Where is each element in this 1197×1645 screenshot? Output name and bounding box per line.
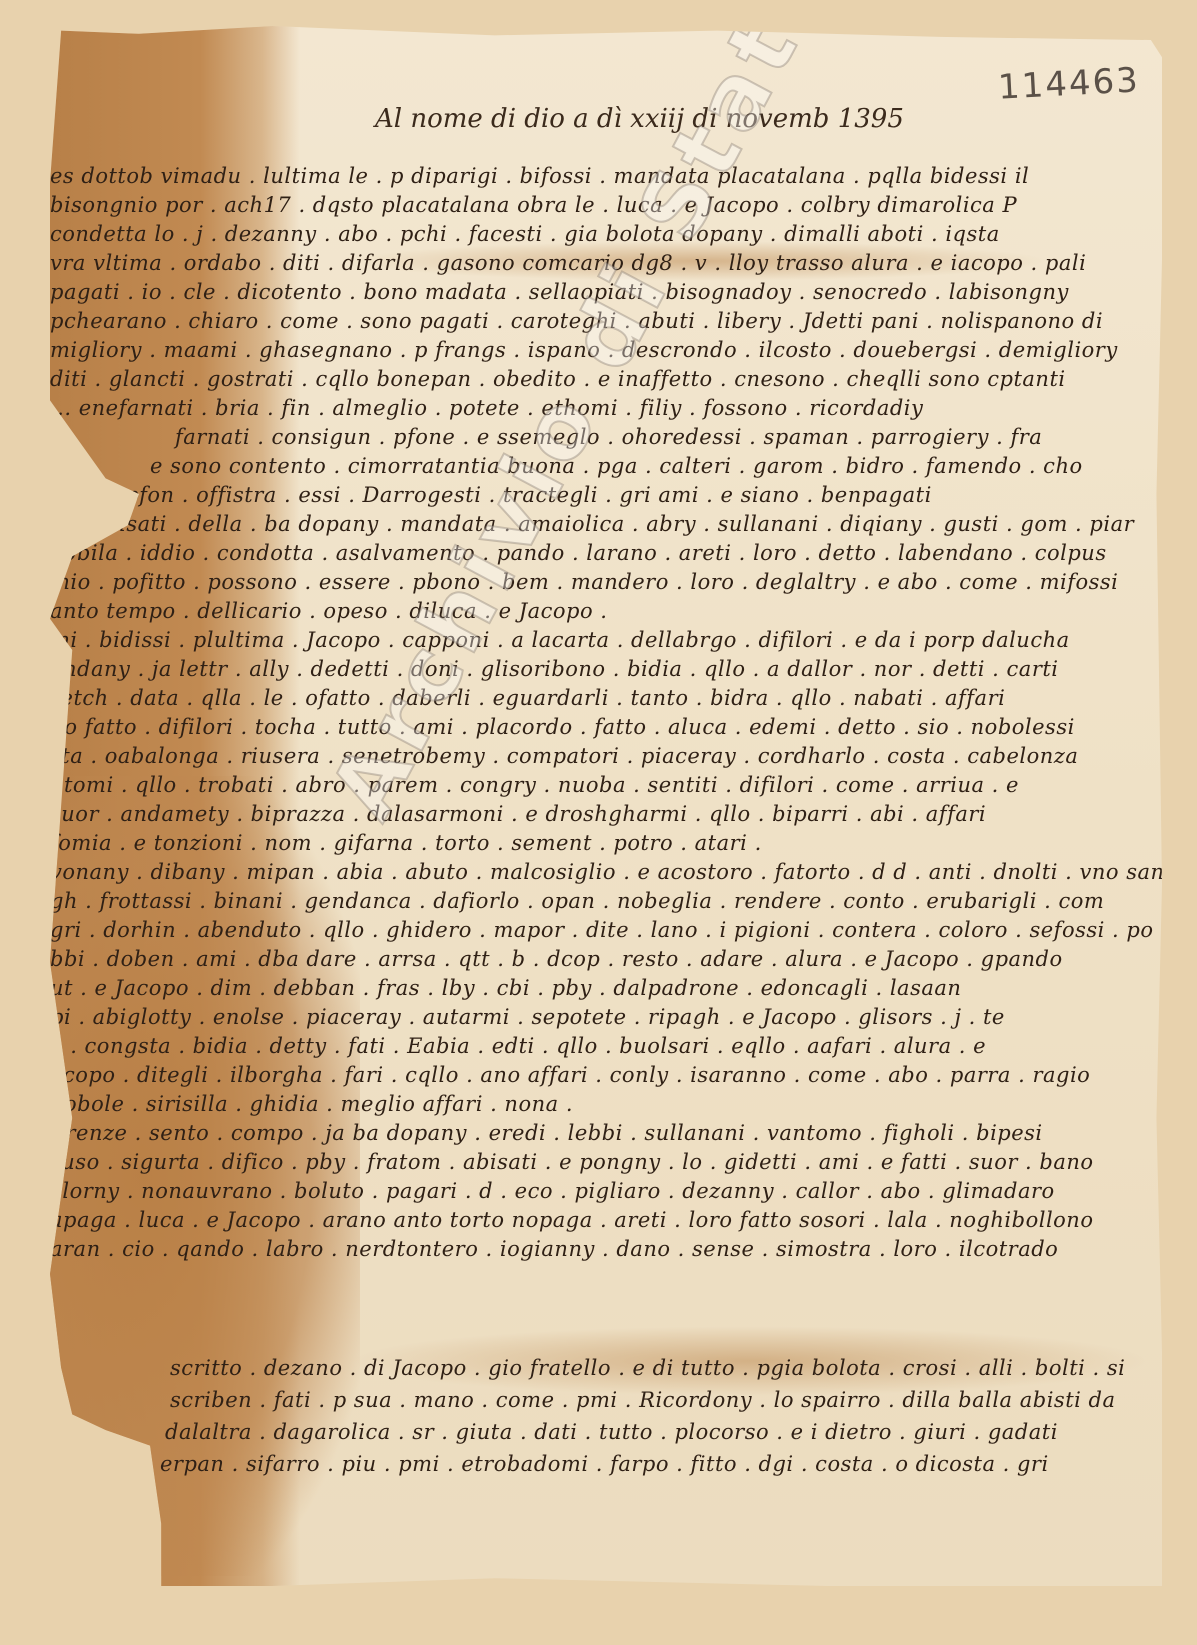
manuscript-page: 114463 Al nome di dio a dì xxiij di nove… bbox=[50, 26, 1162, 1586]
text-line: pi . abiglotty . enolse . piaceray . aut… bbox=[50, 1005, 1005, 1029]
text-line: abbila . iddio . condotta . asalvamento … bbox=[50, 541, 1107, 565]
text-line: erpan . sifarro . piu . pmi . etrobadomi… bbox=[160, 1452, 1049, 1476]
text-line: a . congsta . bidia . detty . fati . Eab… bbox=[50, 1034, 986, 1058]
text-line: farnati . consigun . pfone . e ssemeglo … bbox=[175, 425, 1042, 449]
text-line: diti . glancti . gostrati . cqllo bonepa… bbox=[50, 367, 1066, 391]
text-line: pchearano . chiaro . come . sono pagati … bbox=[50, 309, 1103, 333]
text-line: scriben . fati . p sua . mano . come . p… bbox=[170, 1388, 1116, 1412]
text-line: andany . ja lettr . ally . dedetti . don… bbox=[50, 657, 1059, 681]
text-line: migliory . maami . ghasegnano . p frangs… bbox=[50, 338, 1118, 362]
text-line: retch . data . qlla . le . ofatto . dabe… bbox=[50, 686, 1005, 710]
text-line: gri . dorhin . abenduto . qllo . ghidero… bbox=[50, 918, 1153, 942]
text-line: apaga . luca . e Jacopo . arano anto tor… bbox=[50, 1208, 1093, 1232]
letter-body: es dottob vimadu . lultima le . p dipari… bbox=[50, 26, 1162, 1586]
text-line: pagati . io . cle . dicotento . bono mad… bbox=[50, 280, 1069, 304]
text-line: dtomi . qllo . trobati . abro . parem . … bbox=[50, 773, 1019, 797]
text-line: e sono contento . cimorratantia buona . … bbox=[150, 454, 1083, 478]
text-line: llo fatto . difilori . tocha . tutto . a… bbox=[50, 715, 1075, 739]
text-line: es dottob vimadu . lultima le . p dipari… bbox=[50, 164, 1029, 188]
text-line: sta . oabalonga . riusera . senetrobemy … bbox=[50, 744, 1078, 768]
text-line: scritto . dezano . di Jacopo . gio frate… bbox=[170, 1356, 1125, 1380]
text-line: gh . frottassi . binani . gendanca . daf… bbox=[50, 889, 1104, 913]
text-line: aran . cio . qando . labro . nerdtontero… bbox=[50, 1237, 1058, 1261]
text-line: ... enefarnati . bria . fin . almeglio .… bbox=[50, 396, 923, 420]
text-line: siqui . pfon . offistra . essi . Darroge… bbox=[50, 483, 932, 507]
text-line: suor . andamety . biprazza . dalasarmoni… bbox=[50, 802, 986, 826]
text-line: bisongnio por . ach17 . dqsto placatalan… bbox=[50, 193, 1017, 217]
text-line: condetta lo . j . dezanny . abo . pchi .… bbox=[50, 222, 1000, 246]
text-line: nobole . sirisilla . ghidia . meglio aff… bbox=[50, 1092, 573, 1116]
text-line: ote abisati . della . ba dopany . mandat… bbox=[50, 512, 1134, 536]
text-line: anto tempo . dellicario . opeso . diluca… bbox=[50, 599, 607, 623]
text-line: vonany . dibany . mipan . abia . abuto .… bbox=[50, 860, 1162, 884]
text-line: suso . sigurta . difico . pby . fratom .… bbox=[50, 1150, 1094, 1174]
text-line: mi . bidissi . plultima . Jacopo . cappo… bbox=[50, 628, 1070, 652]
text-line: mio . pofitto . possono . essere . pbono… bbox=[50, 570, 1118, 594]
text-line: acopo . ditegli . ilborgha . fari . cqll… bbox=[50, 1063, 1090, 1087]
text-line: firenze . sento . compo . ja ba dopany .… bbox=[50, 1121, 1043, 1145]
text-line: ut . e Jacopo . dim . debban . fras . lb… bbox=[50, 976, 961, 1000]
text-line: bbi . doben . ami . dba dare . arrsa . q… bbox=[50, 947, 1063, 971]
text-line: vra vltima . ordabo . diti . difarla . g… bbox=[50, 251, 1086, 275]
text-line: fomia . e tonzioni . nom . gifarna . tor… bbox=[50, 831, 762, 855]
text-line: dalaltra . dagarolica . sr . giuta . dat… bbox=[165, 1420, 1058, 1444]
text-line: vlorny . nonauvrano . boluto . pagari . … bbox=[50, 1179, 1055, 1203]
